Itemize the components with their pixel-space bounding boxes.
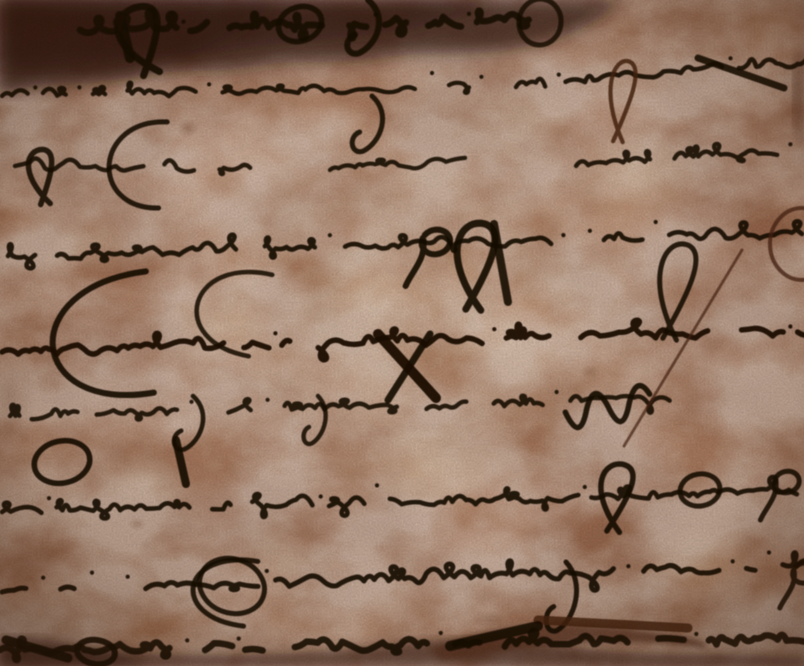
manuscript-photo: Extreme close-up photograph of an aged h… [0,0,804,666]
vignette-overlay [0,0,804,666]
manuscript-canvas [0,0,804,666]
